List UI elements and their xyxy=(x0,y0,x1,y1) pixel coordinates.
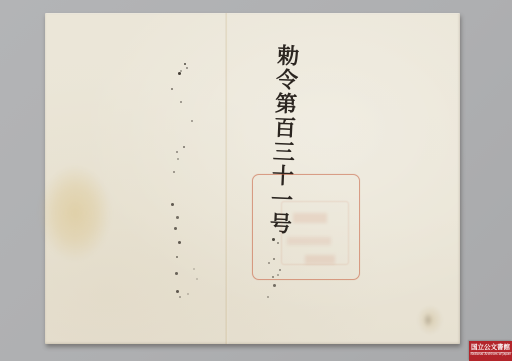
scanned-document-image: 勅令第百三十一号 国立公文書館 National Archives of Jap… xyxy=(0,0,512,361)
archive-watermark-label: 国立公文書館 National Archives of Japan xyxy=(469,341,512,361)
faded-seal-outline xyxy=(252,174,360,280)
center-fold-crease xyxy=(225,13,229,344)
seal-ink-trace xyxy=(293,213,327,223)
archive-name-japanese: 国立公文書館 xyxy=(471,344,510,352)
paper-stain-left xyxy=(39,165,111,261)
seal-ink-trace xyxy=(287,237,331,245)
document-paper: 勅令第百三十一号 xyxy=(45,13,460,344)
seal-ink-trace xyxy=(305,255,335,264)
archive-name-english: National Archives of Japan xyxy=(470,352,511,356)
paper-smudge xyxy=(423,313,433,327)
